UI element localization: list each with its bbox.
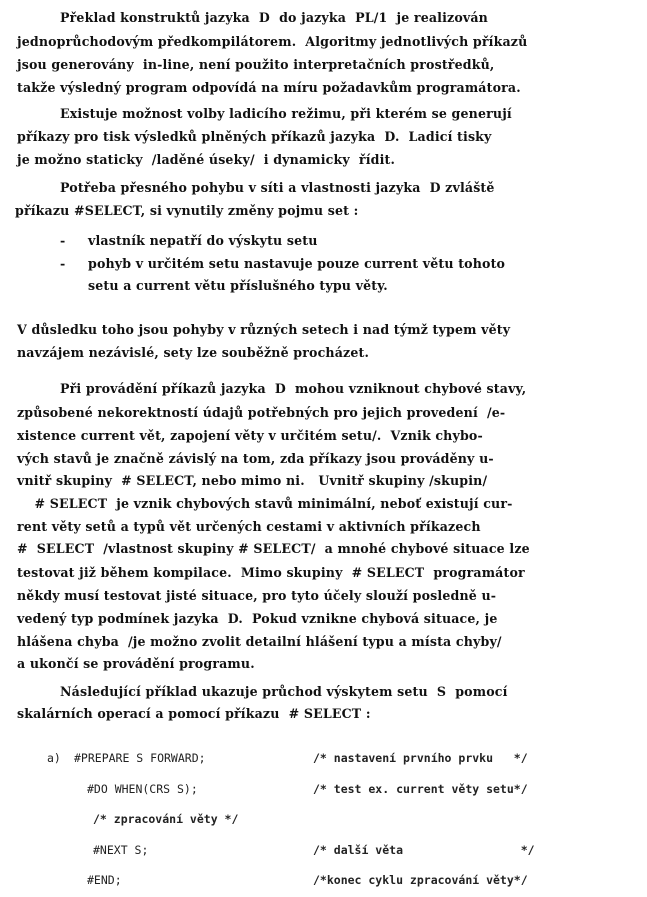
bullet-marker: - xyxy=(60,256,65,272)
paragraph-5-line-7: rent věty setů a typů vět určených cesta… xyxy=(17,519,481,535)
paragraph-3-line-2: příkazu #SELECT, si vynutily změny pojmu… xyxy=(15,203,358,219)
paragraph-2-line-1: Existuje možnost volby ladicího režimu, … xyxy=(60,106,512,122)
paragraph-1-line-4: takže výsledný program odpovídá na míru … xyxy=(17,80,521,96)
paragraph-5-line-3: xistence current vět, zapojení věty v ur… xyxy=(17,428,483,444)
paragraph-5-line-11: vedený typ podmínek jazyka D. Pokud vzni… xyxy=(17,611,497,627)
paragraph-5-line-5: vnitř skupiny # SELECT, nebo mimo ni. Uv… xyxy=(17,473,487,489)
paragraph-1-line-1: Překlad konstruktů jazyka D do jazyka PL… xyxy=(60,10,488,26)
code-line: #END; xyxy=(87,872,122,888)
paragraph-5-line-13: a ukončí se provádění programu. xyxy=(17,656,255,672)
paragraph-4-line-1: V důsledku toho jsou pohyby v různých se… xyxy=(17,322,510,338)
paragraph-5-line-6: # SELECT je vznik chybových stavů minimá… xyxy=(30,496,513,512)
paragraph-1-line-2: jednoprůchodovým předkompilátorem. Algor… xyxy=(17,34,527,50)
paragraph-5-line-9: testovat již během kompilace. Mimo skupi… xyxy=(17,565,525,581)
bullet-2-text-line-1: pohyb v určitém setu nastavuje pouze cur… xyxy=(88,256,505,272)
code-comment: /* další věta */ xyxy=(313,842,535,858)
code-comment: /* test ex. current věty setu*/ xyxy=(313,781,528,797)
paragraph-4-line-2: navzájem nezávislé, sety lze souběžně pr… xyxy=(17,345,369,361)
bullet-1-text: vlastník nepatří do výskytu setu xyxy=(88,233,318,249)
paragraph-5-line-8: # SELECT /vlastnost skupiny # SELECT/ a … xyxy=(17,541,530,557)
paragraph-3-line-1: Potřeba přesného pohybu v síti a vlastno… xyxy=(60,180,495,196)
code-comment: /* nastavení prvního prvku */ xyxy=(313,750,528,766)
code-line: #NEXT S; xyxy=(93,842,148,858)
bullet-2-text-line-2: setu a current větu příslušného typu vět… xyxy=(88,278,388,294)
paragraph-5-line-12: hlášena chyba /je možno zvolit detailní … xyxy=(17,634,502,650)
paragraph-6-line-1: Následující příklad ukazuje průchod výsk… xyxy=(60,684,508,700)
paragraph-5-line-10: někdy musí testovat jisté situace, pro t… xyxy=(17,588,496,604)
paragraph-5-line-4: vých stavů je značně závislý na tom, zda… xyxy=(17,451,494,467)
code-comment: /*konec cyklu zpracování věty*/ xyxy=(313,872,528,888)
paragraph-2-line-3: je možno staticky /laděné úseky/ i dynam… xyxy=(17,152,395,168)
paragraph-5-line-2: způsobené nekorektností údajů potřebných… xyxy=(17,405,505,421)
document-page: Překlad konstruktů jazyka D do jazyka PL… xyxy=(0,0,647,897)
code-line: /* zpracování věty */ xyxy=(93,811,238,827)
code-line: #DO WHEN(CRS S); xyxy=(87,781,198,797)
paragraph-2-line-2: příkazy pro tisk výsledků plněných příka… xyxy=(17,129,492,145)
paragraph-5-line-1: Při provádění příkazů jazyka D mohou vzn… xyxy=(60,381,526,397)
code-line: #PREPARE S FORWARD; xyxy=(74,750,206,766)
code-example-label: a) xyxy=(47,750,61,766)
paragraph-6-line-2: skalárních operací a pomocí příkazu # SE… xyxy=(17,706,371,722)
paragraph-1-line-3: jsou generovány in-line, není použito in… xyxy=(17,57,494,73)
bullet-marker: - xyxy=(60,233,65,249)
